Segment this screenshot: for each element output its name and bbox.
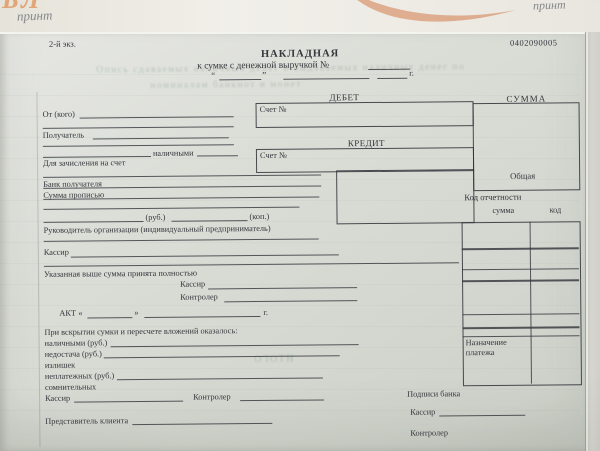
sum-total-label: Общая — [510, 172, 535, 182]
amount-words-line-2 — [43, 207, 299, 210]
form-code: 0402090005 — [510, 38, 558, 48]
controller-count-line — [240, 399, 324, 401]
from-line — [80, 116, 234, 118]
credit-aux-box — [336, 169, 474, 224]
act-quote-close: » — [134, 308, 138, 318]
kop-label: (коп.) — [249, 212, 269, 222]
for-account-label: Для зачисления на счет — [43, 158, 125, 168]
rub-label: (руб.) — [145, 213, 165, 223]
debit-account-label: Счет № — [260, 105, 287, 115]
credit-account-label: Счет № — [260, 151, 287, 161]
nonpayable-label: неплатежных (руб.) — [45, 371, 114, 381]
date-year-line — [377, 78, 407, 79]
purpose-label-line2: платежа — [466, 348, 495, 358]
shortage-label: недостача (руб.) — [45, 349, 102, 359]
act-day-line — [87, 317, 132, 318]
client-rep-label: Представитель клиента — [45, 416, 128, 426]
receiver-line-2 — [43, 144, 234, 147]
report-col-sum: сумма — [492, 206, 514, 216]
debit-header: ДЕБЕТ — [329, 92, 359, 103]
copy-note: 2-й экз. — [49, 40, 76, 50]
nonpayable-line — [117, 377, 323, 380]
bank-cashier-line — [439, 415, 525, 417]
controller-accept-line — [224, 300, 357, 302]
cashier-line — [71, 254, 339, 257]
act-quote-open: « — [78, 309, 82, 319]
purpose-label-line1: Назначение — [466, 338, 507, 348]
shortage-line — [104, 355, 340, 358]
act-date-line — [144, 316, 260, 318]
date-quote-close: ” — [262, 70, 266, 80]
form-content: Опись сдаваемых наличных денег и выдавае… — [0, 0, 600, 451]
debit-account-box — [256, 101, 474, 128]
date-quote-open: “ — [211, 70, 215, 80]
accepted-label: Указанная выше сумма принята полностью — [44, 269, 197, 280]
from-label: От (кого) — [43, 110, 75, 120]
cash-label: наличными — [153, 149, 194, 159]
account-line — [43, 174, 321, 177]
cashier-count-line — [74, 401, 183, 403]
report-code-table — [462, 221, 582, 386]
bank-signatures-label: Подписи банка — [407, 389, 460, 399]
report-col-code: код — [549, 205, 561, 215]
left-margin-rule — [36, 92, 40, 447]
act-year-suffix: г. — [263, 308, 268, 318]
date-month-line — [283, 78, 369, 80]
cash-line-right — [197, 155, 238, 156]
cashier-accept-line — [208, 287, 357, 289]
bank-cashier-label: Кассир — [410, 407, 435, 417]
doubtful-label: сомнительных — [45, 382, 96, 392]
kop-line — [172, 220, 248, 222]
form-title: НАКЛАДНАЯ — [230, 48, 370, 61]
receiver-label: Получатель — [43, 131, 84, 141]
bank-controller-label: Контролер — [410, 428, 448, 438]
head-line — [44, 238, 319, 241]
cash-rub-label: наличными (руб.) — [45, 338, 108, 348]
report-code-label: Код отчетности — [464, 193, 521, 203]
photo-of-cash-bag-waybill-form: { "brand": { "script_left": "принт", "sc… — [0, 0, 600, 451]
rub-line — [44, 221, 144, 223]
cash-rub-line — [111, 344, 359, 347]
receiver-line — [93, 137, 229, 139]
from-line-2 — [43, 126, 234, 129]
surplus-label: излишек — [45, 361, 75, 371]
controller-accept-label: Контролер — [180, 292, 218, 302]
act-label: АКТ — [59, 309, 76, 319]
client-rep-line — [132, 423, 272, 425]
controller-count-label: Контролер — [193, 392, 231, 402]
cashier-count-label: Кассир — [45, 394, 70, 404]
cashier-label: Кассир — [44, 248, 69, 258]
section-line — [44, 262, 459, 267]
bleedthrough-text-2: номиналам банкнот и монет — [150, 80, 302, 91]
date-year-suffix: г. — [409, 69, 414, 79]
cashier-accept-label: Кассир — [180, 279, 205, 289]
opened-label: При вскрытии сумки и пересчете вложений … — [44, 326, 237, 337]
head-label: Руководитель организации (индивидуальный… — [44, 224, 271, 236]
